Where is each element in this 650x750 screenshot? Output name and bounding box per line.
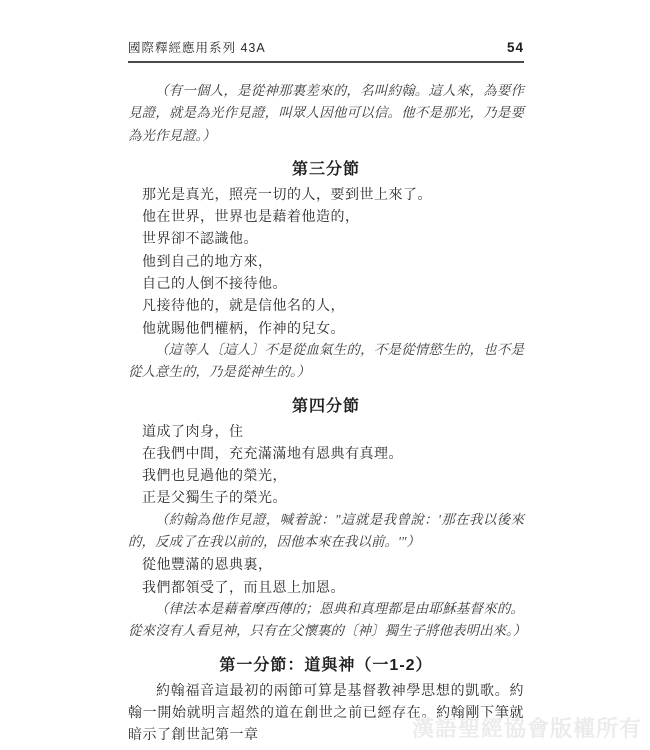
verse-line: 正是父獨生子的榮光。	[128, 486, 524, 508]
copyright-watermark: 漢語聖經協會版權所有	[412, 712, 642, 743]
verse-line: 從他豐滿的恩典裏，	[128, 553, 524, 575]
verse-line: 他到自己的地方來，	[128, 250, 524, 272]
scripture-quote-john-witness: （有一個人，是從神那裏差來的，名叫約翰。這人來，為要作見證，就是為光作見證，叫眾…	[128, 80, 524, 147]
book-page: 國際釋經應用系列 43A 54 （有一個人，是從神那裏差來的，名叫約翰。這人來，…	[0, 0, 650, 750]
verse-line: 世界卻不認識他。	[128, 227, 524, 249]
verse-line: 凡接待他的，就是信他名的人，	[128, 294, 524, 316]
verse-line: 我們都領受了，而且恩上加恩。	[128, 576, 524, 598]
text-column: 國際釋經應用系列 43A 54 （有一個人，是從神那裏差來的，名叫約翰。這人來，…	[128, 38, 524, 745]
scripture-quote-born-of-god: （這等人〔這人〕不是從血氣生的，不是從情慾生的，也不是從人意生的，乃是從神生的。…	[128, 339, 524, 384]
verse-line: 我們也見過他的榮光，	[128, 464, 524, 486]
section-heading-four: 第四分節	[128, 396, 524, 418]
page-header: 國際釋經應用系列 43A 54	[128, 38, 524, 63]
verse-line: 在我們中間，充充滿滿地有恩典有真理。	[128, 442, 524, 464]
verse-line: 那光是真光，照亮一切的人，要到世上來了。	[128, 183, 524, 205]
section-heading-three: 第三分節	[128, 159, 524, 181]
scripture-quote-john-testimony: （約翰為他作見證，喊着說："這就是我曾說：'那在我以後來的，反成了在我以前的，因…	[128, 509, 524, 554]
verse-line: 他在世界，世界也是藉着他造的，	[128, 205, 524, 227]
series-title: 國際釋經應用系列 43A	[128, 38, 266, 56]
verse-line: 自己的人倒不接待他。	[128, 272, 524, 294]
page-number: 54	[507, 40, 524, 55]
verse-line: 他就賜他們權柄，作神的兒女。	[128, 317, 524, 339]
scripture-quote-law-and-grace: （律法本是藉着摩西傳的；恩典和真理都是由耶穌基督來的。從來沒有人看見神，只有在父…	[128, 598, 524, 643]
section-heading-one-word-and-god: 第一分節：道與神（一1-2）	[128, 655, 524, 677]
verse-line: 道成了肉身，住	[128, 420, 524, 442]
